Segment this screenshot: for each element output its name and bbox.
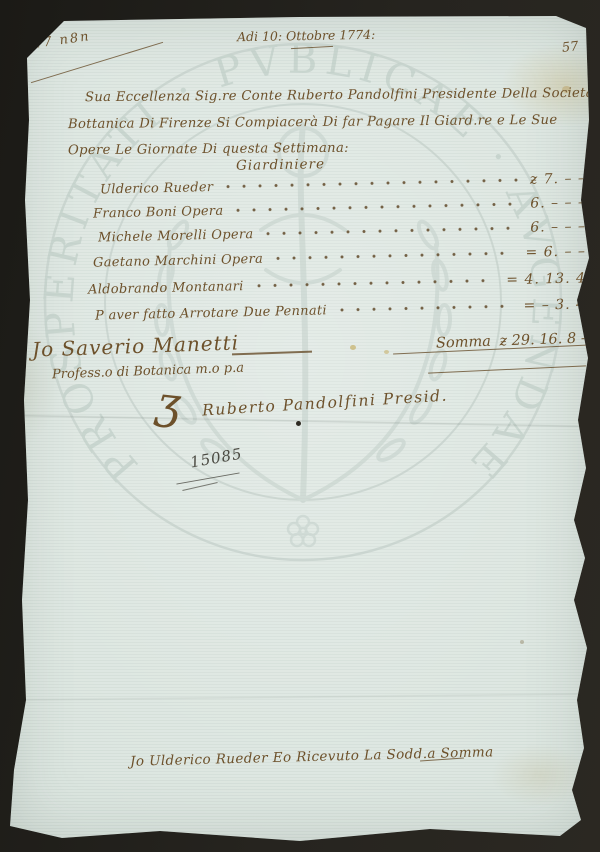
total-amount: ƶ 29. 16. 8 – (499, 330, 588, 349)
total-label: Somma (436, 334, 491, 352)
entry-label: Franco Boni Opera (93, 204, 224, 222)
stain-spot (350, 345, 356, 350)
section-heading: Giardiniere (236, 156, 325, 174)
stain-spot (384, 350, 389, 354)
entry-amount: ƶ 7. – – (530, 170, 586, 187)
stain-spot (520, 640, 524, 644)
dotted-leader (265, 224, 520, 238)
entry-amount: = 4. 13. 4 (506, 270, 586, 288)
manuscript-page: PROSPERITATI · PVBLICAE · AVGENDAE (0, 0, 600, 852)
watermark-rosette (288, 516, 318, 546)
receipt-line: Jo Ulderico Rueder Eo Ricevuto La Sodd.a… (130, 744, 494, 770)
entry-amount: = 6. – – (525, 243, 586, 260)
paraph-flourish: ʒ (153, 377, 183, 430)
dotted-leader (275, 249, 516, 262)
dotted-leader (235, 200, 520, 214)
dotted-leader (339, 302, 514, 314)
date-line: Adi 10: Ottobre 1774: (237, 27, 376, 44)
scan-backdrop: PROSPERITATI · PVBLICAE · AVGENDAE (0, 0, 600, 852)
entry-amount: = – 3. 4 (523, 296, 586, 313)
dotted-leader (225, 176, 520, 191)
entry-label: Ulderico Rueder (100, 180, 214, 198)
entry-amount: 6. – – – (530, 218, 586, 235)
fold-crease (18, 685, 584, 709)
dotted-leader (256, 276, 497, 289)
page-number: 57 (561, 39, 579, 56)
ink-spot (296, 421, 301, 426)
entry-amount: 6. – – – (530, 194, 586, 211)
